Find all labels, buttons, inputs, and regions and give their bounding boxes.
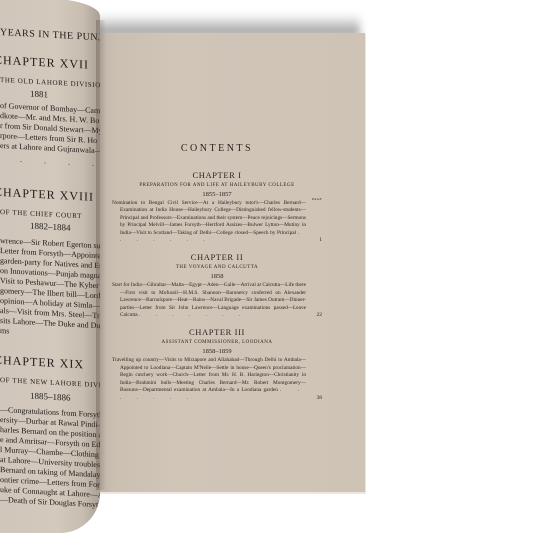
chapter-entry: CHAPTER III ASSISTANT COMMISSIONER, LOOD…	[112, 327, 322, 401]
chapter-heading: CHAPTER XIX	[0, 356, 84, 370]
page-number: 38	[317, 395, 323, 401]
chapter-years: 1885–1886	[30, 392, 71, 403]
page-number: 22	[317, 312, 323, 318]
chapter-heading: CHAPTER II	[112, 252, 322, 262]
dot-leaders: . . . . . . .	[139, 312, 247, 318]
chapter-summary: Start for India—Gibraltar—Malta—Egypt—Ad…	[112, 282, 306, 319]
chapter-subtitle: THE OLD LAHORE DIVISION	[0, 76, 100, 91]
gutter-shadow	[96, 20, 106, 490]
contents-section: CONTENTS CHAPTER I PREPARATION FOR AND L…	[112, 143, 322, 410]
summary-line: ms	[0, 326, 9, 335]
chapter-summary: Travelling up country—Visits to Mirzapor…	[112, 357, 306, 401]
page-number: 1	[319, 237, 322, 243]
chapter-subtitle: PREPARATION FOR AND LIFE AT HAILEYBURY C…	[112, 183, 322, 188]
chapter-years: 1882–1884	[30, 222, 71, 233]
chapter-years: 1855–1857	[112, 191, 322, 198]
chapter-summary: Nomination to Bengal Civil Service—At a …	[112, 200, 306, 244]
chapter-subtitle: THE VOYAGE AND CALCUTTA	[112, 265, 322, 270]
book-photo: CONTENTS CHAPTER I PREPARATION FOR AND L…	[0, 0, 533, 533]
chapter-subtitle: OF THE NEW LAHORE DIVISION	[0, 376, 100, 391]
chapter-entry: CHAPTER I PREPARATION FOR AND LIFE AT HA…	[112, 170, 322, 244]
chapter-summary-text: Nomination to Bengal Civil Service—At a …	[112, 200, 306, 236]
chapter-heading: CHAPTER XVIII	[0, 188, 94, 202]
chapter-heading: CHAPTER III	[112, 327, 322, 337]
chapter-entry: CHAPTER II THE VOYAGE AND CALCUTTA 1858 …	[112, 252, 322, 319]
chapter-years: 1858–1859	[112, 348, 322, 355]
chapter-heading: CHAPTER XVII	[0, 56, 89, 70]
dot-leaders: . . . .	[20, 155, 100, 168]
left-page: YEARS IN THE PUNJAB CHAPTER XVII THE OLD…	[0, 0, 100, 533]
chapter-subtitle: OF THE CHIEF COURT	[0, 208, 82, 221]
page-column-label: PAGE	[312, 197, 322, 201]
chapter-years: 1858	[112, 273, 322, 280]
chapter-summary-text: Travelling up country—Visits to Mirzapor…	[112, 357, 306, 393]
page-title: CONTENTS	[112, 143, 322, 154]
left-page-text: YEARS IN THE PUNJAB CHAPTER XVII THE OLD…	[0, 0, 100, 3]
chapter-heading: CHAPTER I	[112, 170, 322, 180]
chapter-subtitle: ASSISTANT COMMISSIONER, LOODIANA	[112, 340, 322, 345]
chapter-years: 1881	[30, 90, 48, 100]
running-head: YEARS IN THE PUNJAB	[0, 28, 100, 43]
